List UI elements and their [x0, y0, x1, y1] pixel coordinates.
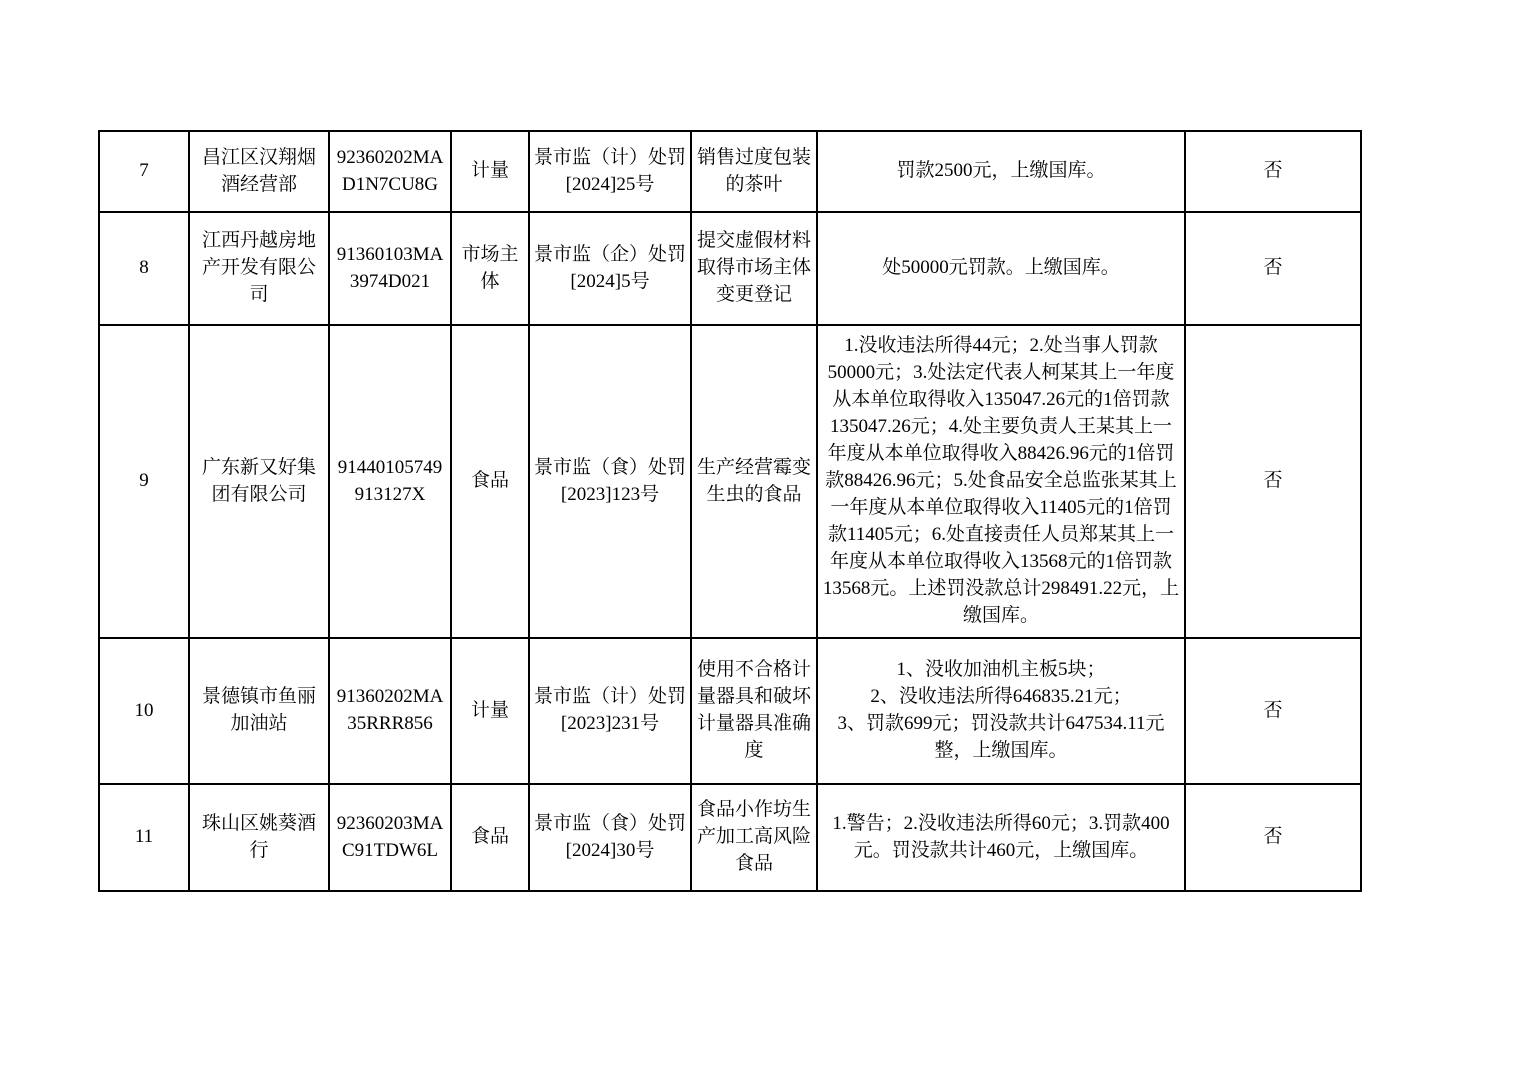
cell-credit-code: 91440105749913127X: [329, 325, 451, 638]
cell-credit-code: 92360202MAD1N7CU8G: [329, 131, 451, 212]
cell-flag: 否: [1185, 212, 1361, 325]
cell-penalty-doc-no: 景市监（企）处罚[2024]5号: [529, 212, 691, 325]
document-page: 7 昌江区汉翔烟酒经营部 92360202MAD1N7CU8G 计量 景市监（计…: [0, 0, 1520, 1074]
cell-company-name: 昌江区汉翔烟酒经营部: [189, 131, 329, 212]
cell-violation: 使用不合格计量器具和破坏计量器具准确度: [691, 638, 817, 784]
cell-seq: 7: [99, 131, 189, 212]
cell-penalty-content: 1.警告；2.没收违法所得60元；3.罚款400元。罚没款共计460元，上缴国库…: [817, 784, 1185, 891]
cell-company-name: 广东新又好集团有限公司: [189, 325, 329, 638]
table-row: 9 广东新又好集团有限公司 91440105749913127X 食品 景市监（…: [99, 325, 1361, 638]
cell-flag: 否: [1185, 784, 1361, 891]
cell-category: 食品: [451, 325, 529, 638]
cell-penalty-content: 1.没收违法所得44元；2.处当事人罚款50000元；3.处法定代表人柯某其上一…: [817, 325, 1185, 638]
table-row: 7 昌江区汉翔烟酒经营部 92360202MAD1N7CU8G 计量 景市监（计…: [99, 131, 1361, 212]
cell-company-name: 珠山区姚葵酒行: [189, 784, 329, 891]
cell-violation: 生产经营霉变生虫的食品: [691, 325, 817, 638]
cell-credit-code: 92360203MAC91TDW6L: [329, 784, 451, 891]
cell-penalty-doc-no: 景市监（食）处罚[2023]123号: [529, 325, 691, 638]
cell-credit-code: 91360202MA35RRR856: [329, 638, 451, 784]
cell-violation: 提交虚假材料取得市场主体变更登记: [691, 212, 817, 325]
cell-category: 计量: [451, 638, 529, 784]
cell-flag: 否: [1185, 325, 1361, 638]
cell-violation: 食品小作坊生产加工高风险食品: [691, 784, 817, 891]
cell-company-name: 景德镇市鱼丽加油站: [189, 638, 329, 784]
cell-penalty-content: 处50000元罚款。上缴国库。: [817, 212, 1185, 325]
table-row: 8 江西丹越房地产开发有限公司 91360103MA3974D021 市场主体 …: [99, 212, 1361, 325]
cell-penalty-doc-no: 景市监（食）处罚[2024]30号: [529, 784, 691, 891]
cell-flag: 否: [1185, 638, 1361, 784]
cell-seq: 8: [99, 212, 189, 325]
table-row: 11 珠山区姚葵酒行 92360203MAC91TDW6L 食品 景市监（食）处…: [99, 784, 1361, 891]
cell-penalty-content: 1、没收加油机主板5块； 2、没收违法所得646835.21元； 3、罚款699…: [817, 638, 1185, 784]
table-row: 10 景德镇市鱼丽加油站 91360202MA35RRR856 计量 景市监（计…: [99, 638, 1361, 784]
cell-seq: 9: [99, 325, 189, 638]
cell-category: 食品: [451, 784, 529, 891]
cell-category: 市场主体: [451, 212, 529, 325]
cell-penalty-doc-no: 景市监（计）处罚[2024]25号: [529, 131, 691, 212]
cell-flag: 否: [1185, 131, 1361, 212]
cell-seq: 10: [99, 638, 189, 784]
cell-credit-code: 91360103MA3974D021: [329, 212, 451, 325]
cell-penalty-content: 罚款2500元，上缴国库。: [817, 131, 1185, 212]
cell-seq: 11: [99, 784, 189, 891]
cell-penalty-doc-no: 景市监（计）处罚[2023]231号: [529, 638, 691, 784]
penalty-table: 7 昌江区汉翔烟酒经营部 92360202MAD1N7CU8G 计量 景市监（计…: [98, 130, 1362, 892]
cell-company-name: 江西丹越房地产开发有限公司: [189, 212, 329, 325]
cell-violation: 销售过度包装的茶叶: [691, 131, 817, 212]
cell-category: 计量: [451, 131, 529, 212]
